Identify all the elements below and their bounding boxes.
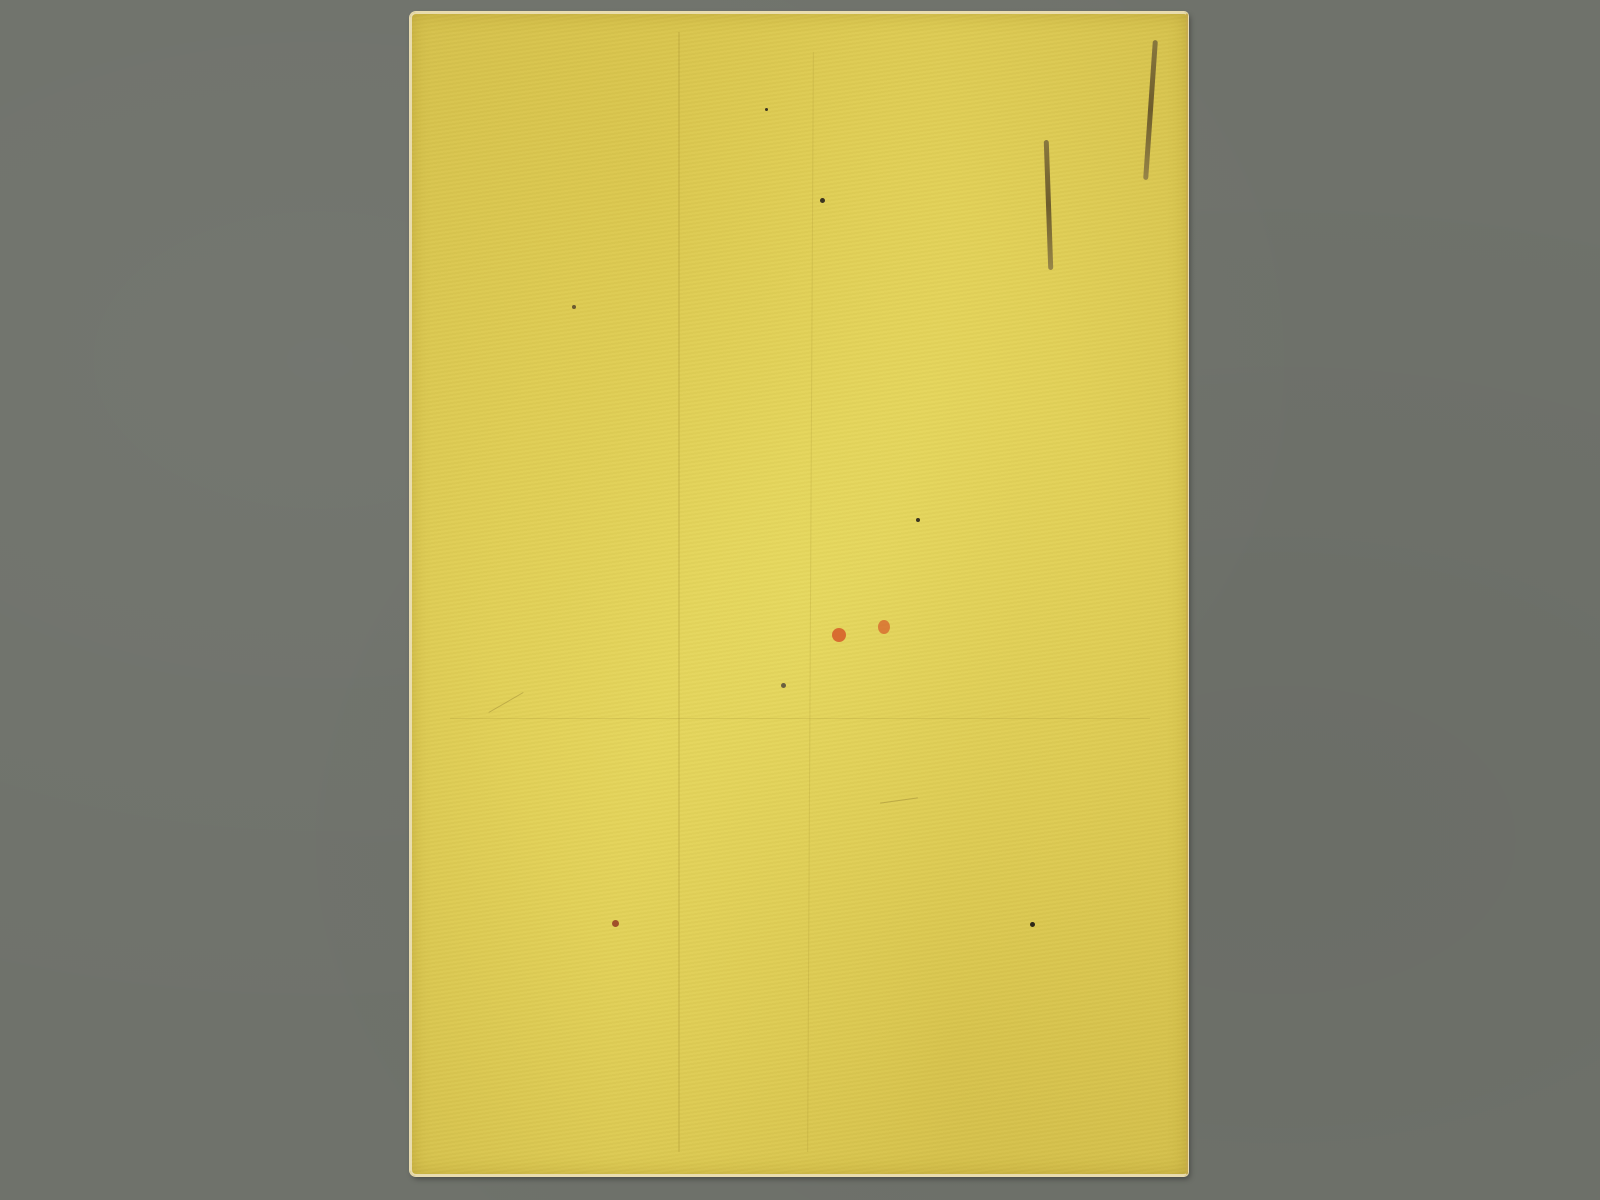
crease-line: [807, 52, 814, 1152]
dark-speck: [916, 518, 920, 522]
book-cover: [410, 12, 1188, 1176]
crease-line: [678, 32, 680, 1152]
crease-line: [450, 718, 1150, 719]
dark-speck: [781, 683, 786, 688]
dark-speck: [820, 198, 825, 203]
dark-speck: [572, 305, 576, 309]
red-stain: [832, 628, 846, 642]
red-stain: [878, 620, 890, 634]
dark-speck: [612, 920, 619, 927]
dark-speck: [1030, 922, 1035, 927]
dark-speck: [765, 108, 768, 111]
